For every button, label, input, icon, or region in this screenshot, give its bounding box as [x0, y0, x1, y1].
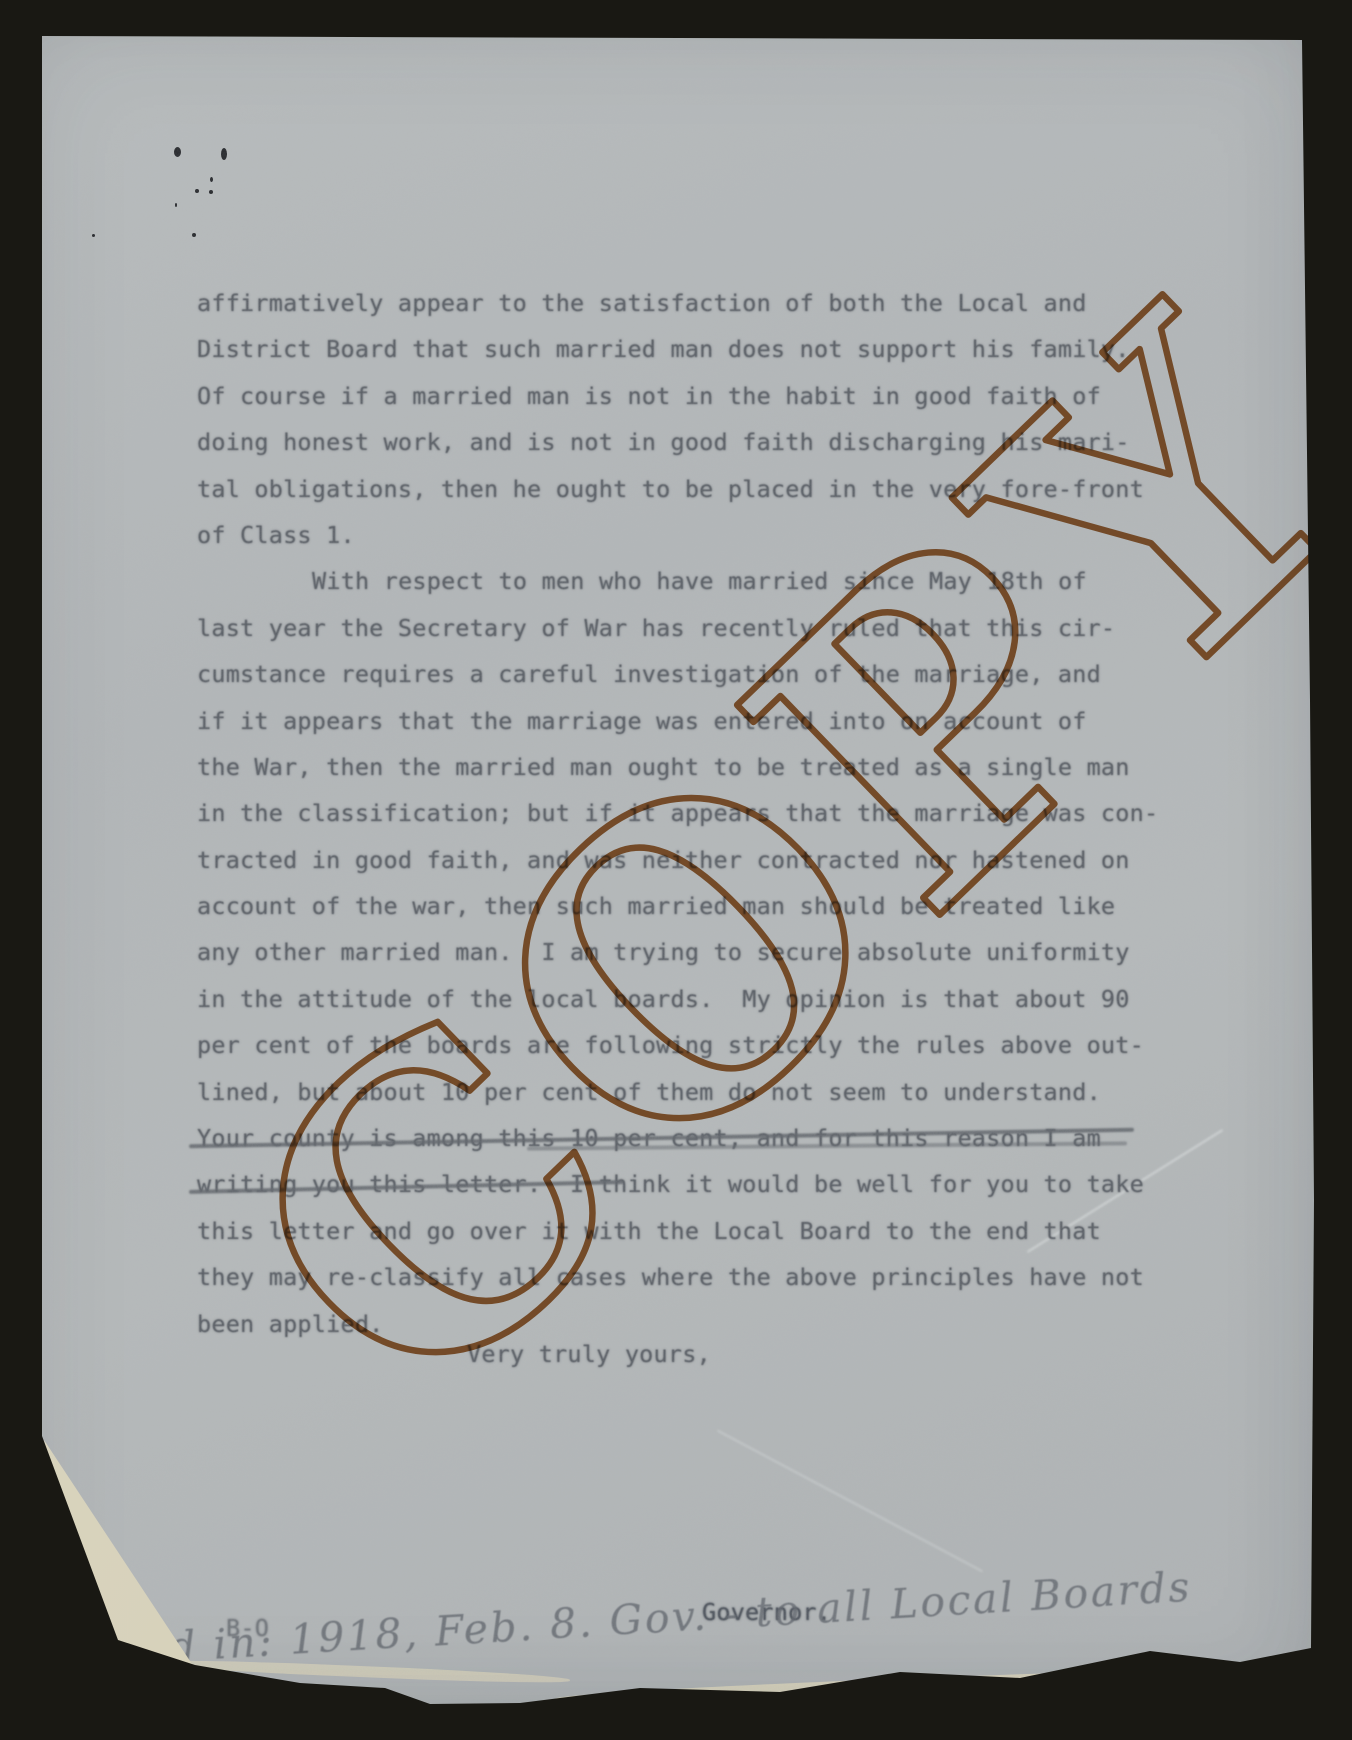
copy-stamp: COPY: [0, 0, 1352, 1740]
paper-sheet: affirmatively appear to the satisfaction…: [0, 0, 1352, 1740]
scanned-letter-page: affirmatively appear to the satisfaction…: [0, 0, 1352, 1740]
copy-stamp-text: COPY: [157, 223, 1352, 1487]
